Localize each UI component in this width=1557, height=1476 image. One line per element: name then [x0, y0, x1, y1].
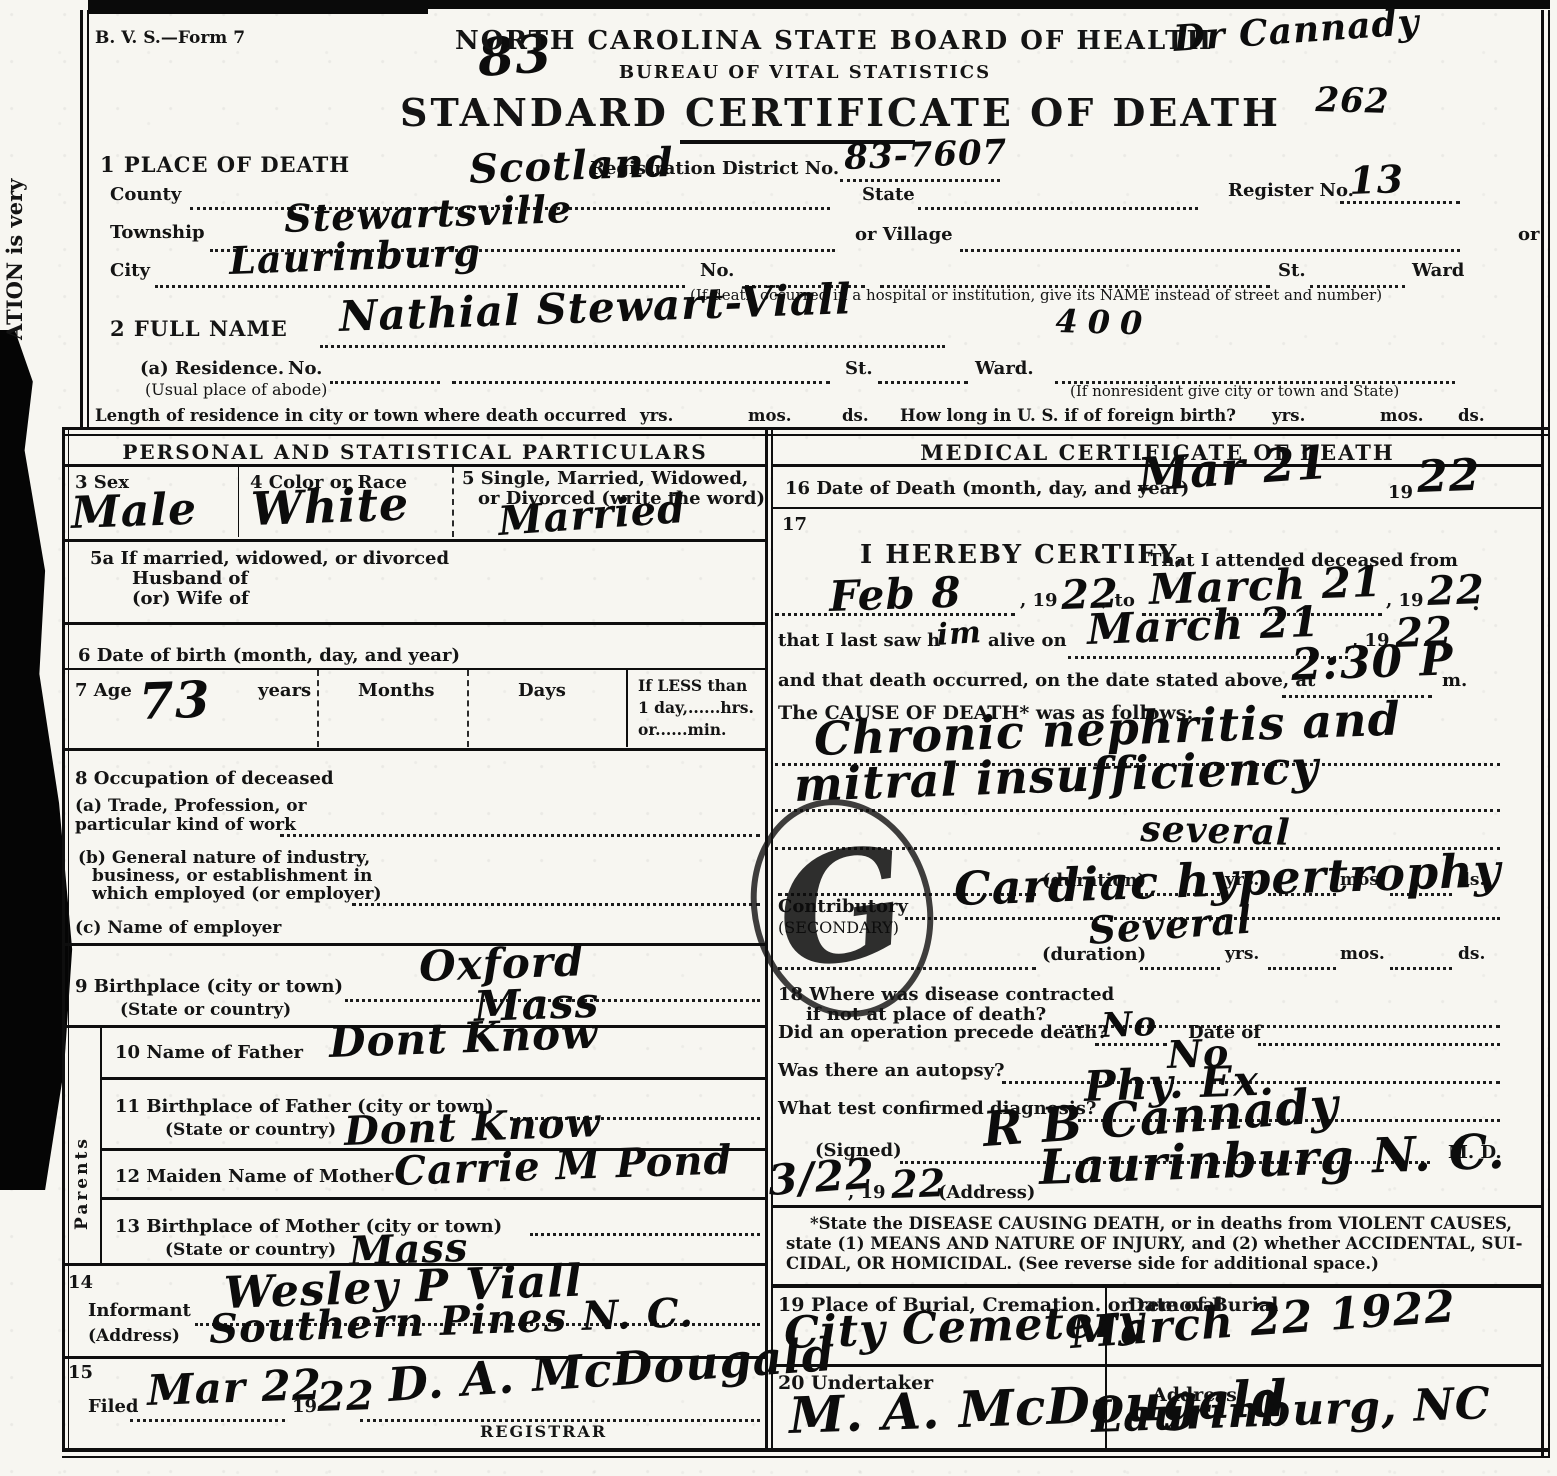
township-label: Township	[110, 222, 205, 243]
death-occurred-label: and that death occurred, on the date sta…	[778, 670, 1315, 691]
residence-ward-label: Ward.	[975, 358, 1034, 379]
filed-year-value: 22	[316, 1372, 375, 1421]
alive-on-label: alive on	[988, 630, 1067, 651]
mother-birthplace-sub: (State or country)	[165, 1240, 336, 1260]
occupation-c: (c) Name of employer	[75, 918, 281, 938]
form-left-border	[80, 10, 83, 430]
husband-of-label: Husband of	[132, 568, 248, 589]
register-no-value: 13	[1348, 156, 1404, 203]
duration-mos-2: mos.	[1340, 944, 1385, 964]
parents-label: Parents	[72, 1070, 92, 1230]
or-village-label: or Village	[855, 224, 953, 245]
informant-number: 14	[68, 1272, 93, 1293]
age-less-3: or......min.	[638, 720, 726, 739]
death-time-value: 2:30 P	[1290, 634, 1454, 691]
age-months-label: Months	[358, 680, 435, 701]
age-less-1: If LESS than	[638, 676, 747, 695]
sign-19-printed: , 19	[848, 1182, 886, 1203]
filed-number: 15	[68, 1362, 93, 1383]
form-bottom-border	[62, 1448, 1550, 1452]
handwritten-doctor-name: Dr Cannady	[1172, 1, 1421, 60]
to-19-printed: , 19	[1386, 590, 1424, 611]
abode-note: (Usual place of abode)	[145, 380, 327, 399]
registration-district-value: 83-7607	[844, 132, 1008, 178]
birthplace-sub-label: (State or country)	[120, 1000, 291, 1020]
residence-label: (a) Residence.	[140, 358, 284, 379]
autopsy-label: Was there an autopsy?	[778, 1060, 1005, 1081]
register-no-label: Register No.	[1228, 180, 1354, 201]
informant-address-label: (Address)	[88, 1326, 180, 1346]
m-label: m.	[1442, 670, 1467, 691]
handwritten-262: 262	[1315, 80, 1390, 122]
left-panel-border	[62, 427, 65, 1452]
residence-no-label: No.	[288, 358, 322, 379]
stamp-initials: G	[768, 825, 916, 991]
torn-top-edge-thick	[88, 7, 428, 14]
duration-ds-2: ds.	[1458, 944, 1485, 964]
ward-label: Ward	[1412, 260, 1464, 281]
last-saw-date-value: March 21	[1086, 597, 1321, 654]
city-value: Laurinburg	[228, 229, 481, 283]
duration-yrs-2: yrs.	[1225, 944, 1259, 964]
margin-vertical-text: ATION is very	[2, 40, 27, 340]
form-bottom-border-2	[62, 1456, 1550, 1458]
dod-year-value: 22	[1416, 450, 1481, 503]
form-right-border	[1541, 10, 1544, 1457]
item-17-number: 17	[782, 514, 807, 535]
length-residence-label: Length of residence in city or town wher…	[95, 406, 626, 425]
county-value: Scotland	[468, 139, 674, 193]
sex-value: Male	[70, 484, 198, 539]
or-label: or	[1518, 224, 1540, 245]
sentence-period: .	[1472, 590, 1480, 616]
nonresident-note: (If nonresident give city or town and St…	[1070, 382, 1399, 400]
county-label: County	[110, 184, 181, 205]
operation-value: No	[1101, 1004, 1158, 1046]
footnote-line-1: *State the DISEASE CAUSING DEATH, or in …	[810, 1214, 1512, 1233]
last-saw-label: that I last saw h	[778, 630, 940, 651]
form-right-border-2	[1548, 10, 1550, 1457]
age-years-label: years	[258, 680, 311, 701]
informant-label: Informant	[88, 1300, 191, 1321]
birthplace-label: 9 Birthplace (city or town)	[75, 976, 343, 997]
mother-name-label: 12 Maiden Name of Mother	[115, 1166, 393, 1187]
father-name-value: Dont Know	[328, 1009, 599, 1067]
form-left-border-2	[87, 10, 89, 430]
dod-19-printed: 19	[1388, 482, 1413, 503]
age-less-2: 1 day,......hrs.	[638, 698, 754, 717]
duration-label-2: (duration)	[1042, 944, 1146, 965]
occupation-b2: business, or establishment in	[92, 866, 372, 886]
father-name-label: 10 Name of Father	[115, 1042, 303, 1063]
occupation-a1: (a) Trade, Profession, or	[75, 796, 307, 816]
occupation-b3: which employed (or employer)	[92, 884, 382, 904]
race-value: White	[250, 477, 410, 536]
s5a-label: 5a If married, widowed, or divorced	[90, 548, 449, 569]
age-value: 73	[138, 670, 212, 731]
age-label: 7 Age	[75, 680, 132, 701]
full-name-extra: 400	[1055, 302, 1153, 343]
howlong-ds: ds.	[1458, 406, 1485, 425]
filed-19-printed: 19	[292, 1396, 317, 1417]
filed-label: Filed	[88, 1396, 139, 1417]
occupation-b1: (b) General nature of industry,	[78, 848, 370, 868]
form-number: B. V. S.—Form 7	[95, 28, 245, 48]
marital-label-1: 5 Single, Married, Widowed,	[462, 468, 748, 489]
father-birthplace-sub: (State or country)	[165, 1120, 336, 1140]
from-19-printed: , 19	[1020, 590, 1058, 611]
residence-st-label: St.	[845, 358, 873, 379]
certify-bold-label: I HEREBY CERTIFY,	[860, 540, 1186, 570]
personal-section-title: PERSONAL AND STATISTICAL PARTICULARS	[65, 440, 765, 464]
death-certificate-scan: ATION is very B. V. S.—Form 7 83 NORTH C…	[0, 0, 1557, 1476]
certificate-title: STANDARD CERTIFICATE OF DEATH	[400, 90, 1210, 135]
attended-from-value: Feb 8	[828, 567, 962, 621]
place-of-death-label: 1 PLACE OF DEATH	[100, 152, 350, 177]
occupation-label: 8 Occupation of deceased	[75, 768, 334, 789]
operation-label: Did an operation precede death?	[778, 1022, 1108, 1043]
street-label: St.	[1278, 260, 1306, 281]
registrar-label: REGISTRAR	[480, 1422, 607, 1441]
full-name-label: 2 FULL NAME	[110, 316, 288, 341]
length-yrs: yrs.	[640, 406, 673, 425]
signed-address-label: (Address)	[938, 1182, 1035, 1203]
state-label: State	[862, 184, 915, 205]
dob-label: 6 Date of birth (month, day, and year)	[78, 645, 460, 666]
date-of-death-label: 16 Date of Death (month, day, and year)	[785, 478, 1189, 499]
occupation-a2: particular kind of work	[75, 815, 296, 835]
burial-date-value: March 22 1922	[1068, 1281, 1457, 1359]
footnote-line-2: state (1) MEANS AND NATURE OF INJURY, an…	[786, 1234, 1522, 1253]
city-label: City	[110, 260, 150, 281]
disease-contracted-label-1: 18 Where was disease contracted	[778, 984, 1114, 1005]
wife-of-label: (or) Wife of	[132, 588, 249, 609]
age-days-label: Days	[518, 680, 566, 701]
length-mos: mos.	[748, 406, 792, 425]
howlong-us-label: How long in U. S. if of foreign birth?	[900, 406, 1236, 425]
bureau-subtitle: BUREAU OF VITAL STATISTICS	[455, 62, 1155, 83]
footnote-line-3: CIDAL, OR HOMICIDAL. (See reverse side f…	[786, 1254, 1379, 1273]
howlong-mos: mos.	[1380, 406, 1424, 425]
board-title: NORTH CAROLINA STATE BOARD OF HEALTH	[455, 26, 1155, 56]
howlong-yrs: yrs.	[1272, 406, 1305, 425]
last-saw-him-hw: im	[936, 615, 983, 653]
length-ds: ds.	[842, 406, 869, 425]
